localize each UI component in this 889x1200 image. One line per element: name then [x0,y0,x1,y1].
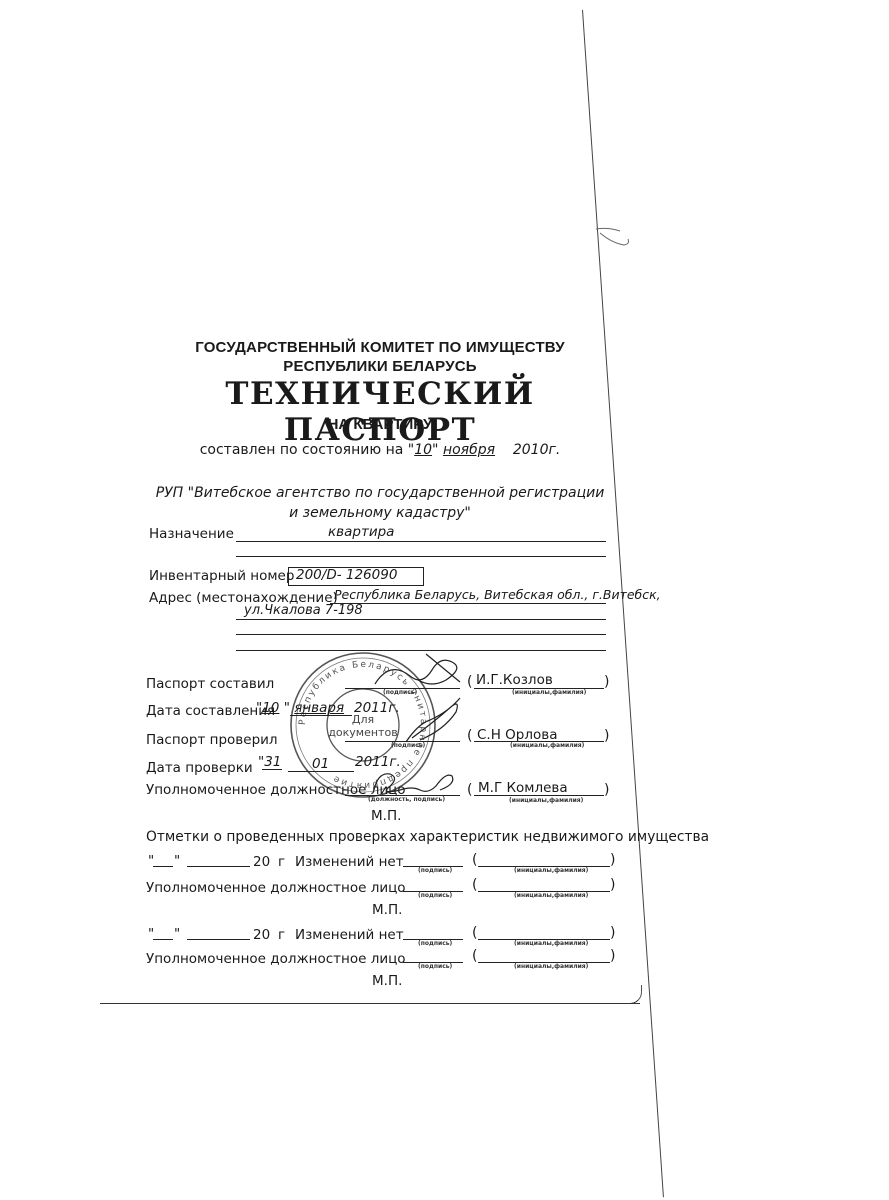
address-underline-3 [236,634,606,635]
checks-section-title: Отметки о проведенных проверках характер… [146,829,709,845]
official-signature [370,766,460,798]
address-line-2: ул.Чкалова 7-198 [244,603,363,618]
check-entry-official-label: Уполномоченное должностное лицо [146,951,406,967]
checked-by-signature [400,694,470,746]
check-date: "31 [258,754,281,770]
purpose-underline [236,541,606,542]
check-entry-seal-mark: М.П. [372,902,402,918]
organization-line-1: ГОСУДАРСТВЕННЫЙ КОМИТЕТ ПО ИМУЩЕСТВУ [140,338,620,357]
compiled-date-month: января [294,700,344,716]
paren-close: ) [610,948,615,964]
agency-name: РУП "Витебское агентство по государствен… [140,483,620,523]
paren-close: ) [610,925,615,941]
check-entry-signature-caption: (подпись) [418,940,452,947]
inventory-label: Инвентарный номер [149,568,294,584]
check-entry-year-prefix: 20 [253,927,270,943]
official-signature-caption: (должность, подпись) [368,796,445,803]
stamp-center-line-2: документов [328,726,397,739]
compiled-by-initials-caption: (инициалы,фамилия) [512,689,586,696]
document-subtitle: НА КВАРТИРУ [140,416,620,433]
official-name-line [474,795,604,796]
check-entry-official-signature-caption: (подпись) [418,892,452,899]
check-date-day-line [262,769,282,770]
check-entry-initials-caption: (инициалы,фамилия) [514,940,588,947]
organization-name: ГОСУДАРСТВЕННЫЙ КОМИТЕТ ПО ИМУЩЕСТВУ РЕС… [140,338,620,376]
paren-open: ( [467,782,472,798]
check-entry-official-initials-caption: (инициалы,фамилия) [514,892,588,899]
check-entry-month-field [187,866,250,867]
compiled-prefix: составлен по состоянию на [200,442,404,458]
compiled-date-day: 10 [262,700,279,716]
address-underline-2 [236,619,606,620]
organization-line-2: РЕСПУБЛИКИ БЕЛАРУСЬ [140,357,620,376]
check-date-day: 31 [264,754,281,770]
compiled-by-label: Паспорт составил [146,676,274,692]
check-entry-year-suffix: г [278,927,285,943]
check-entry-day-field [153,939,173,940]
paren-close: ) [604,782,609,798]
paren-open: ( [467,674,472,690]
check-entry-no-changes: Изменений нет [295,927,404,943]
page-bottom-edge [100,1003,640,1004]
compiled-month: ноября [443,442,495,458]
purpose-label: Назначение [149,526,234,542]
compiled-year: 2010г. [513,442,560,458]
paren-open: ( [472,948,477,964]
agency-line-2: и земельному кадастру" [140,503,620,523]
check-entry-official-label: Уполномоченное должностное лицо [146,880,406,896]
check-entry-official-signature-caption: (подпись) [418,963,452,970]
check-entry-year-prefix: 20 [253,854,270,870]
compiled-date-month-line [290,715,352,716]
checked-by-label: Паспорт проверил [146,732,278,748]
compiled-by-signature [370,650,470,690]
check-entry-month-field [187,939,250,940]
paren-open: ( [467,728,472,744]
paren-open: ( [472,925,477,941]
check-entry-quote-close: " [174,926,180,942]
check-date-month: 01 [312,756,329,772]
check-entry-seal-mark: М.П. [372,973,402,989]
check-entry-day-field [153,866,173,867]
paren-close: ) [610,852,615,868]
check-entry-signature-caption: (подпись) [418,867,452,874]
purpose-underline-2 [236,556,606,557]
check-entry-official-initials-caption: (инициалы,фамилия) [514,963,588,970]
compiled-date: "10 " января [256,700,344,716]
paren-open: ( [472,877,477,893]
check-entry-initials-caption: (инициалы,фамилия) [514,867,588,874]
compiled-as-of: составлен по состоянию на "10" ноября 20… [140,442,620,458]
address-line-1: Республика Беларусь, Витебская обл., г.В… [334,587,661,602]
inventory-value: 200/D- 126090 [296,567,397,583]
check-date-label: Дата проверки [146,760,253,776]
paren-close: ) [610,877,615,893]
paren-close: ) [604,674,609,690]
agency-line-1: РУП "Витебское агентство по государствен… [140,483,620,503]
check-date-month-line [288,771,354,772]
purpose-value: квартира [328,524,394,540]
fold-scribble-mark [594,225,634,249]
compiled-date-year: 2011г. [354,700,400,716]
check-entry-no-changes: Изменений нет [295,854,404,870]
official-initials-caption: (инициалы,фамилия) [509,797,583,804]
compiled-by-name: И.Г.Козлов [476,672,553,688]
official-name: М.Г Комлева [478,780,568,796]
checked-by-initials-caption: (инициалы,фамилия) [510,742,584,749]
seal-mark: М.П. [371,808,401,824]
page-bottom-corner [625,985,642,1004]
document-title: ТЕХНИЧЕСКИЙ ПАСПОРТ [140,376,620,448]
check-entry-quote-close: " [174,853,180,869]
paren-close: ) [604,728,609,744]
check-entry-year-suffix: г [278,854,285,870]
checked-by-signature-caption: (подпись) [391,742,425,749]
address-underline-1 [330,603,606,604]
compiled-day: 10 [414,442,432,458]
paren-open: ( [472,852,477,868]
